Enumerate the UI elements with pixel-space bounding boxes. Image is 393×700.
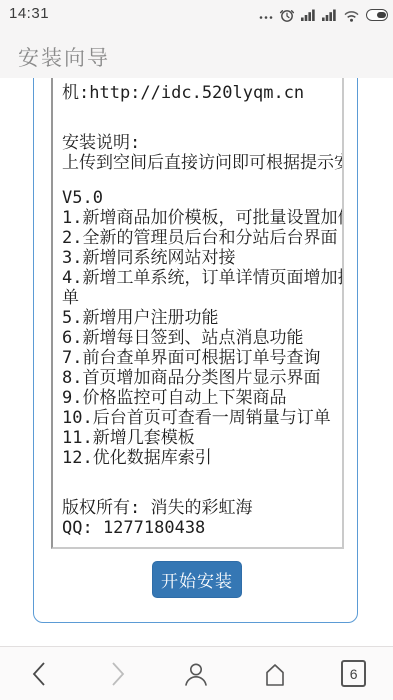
readme-line: V5.0	[62, 188, 342, 208]
readme-line: 上传到空间后直接访问即可根据提示安装。	[62, 153, 342, 173]
readme-line: 4.新增工单系统，订单详情页面增加投诉订	[62, 268, 342, 288]
readme-line: 8.首页增加商品分类图片显示界面	[62, 368, 342, 388]
readme-line: 版权所有: 消失的彩虹海	[62, 498, 342, 518]
phone-screen: 14:31	[0, 0, 393, 700]
readme-line: 6.新增每日签到、站点消息功能	[62, 328, 342, 348]
browser-toolbar: 6	[0, 646, 393, 700]
readme-line	[62, 118, 342, 133]
start-install-button[interactable]: 开始安装	[152, 561, 242, 598]
readme-line: 安装说明:	[62, 133, 342, 153]
chevron-right-icon	[109, 661, 127, 687]
status-bar: 14:31	[0, 0, 393, 30]
readme-textarea[interactable]: 机:http://idc.520lyqm.cn安装说明:上传到空间后直接访问即可…	[51, 78, 344, 549]
page-header: 安装向导	[0, 30, 393, 78]
readme-line: 12.优化数据库索引	[62, 448, 342, 468]
readme-line	[62, 103, 342, 118]
person-icon	[182, 660, 210, 688]
more-dots-icon	[259, 8, 273, 22]
status-icons	[259, 0, 388, 30]
tabs-button[interactable]: 6	[314, 647, 393, 700]
readme-line	[62, 468, 342, 483]
alarm-clock-icon	[279, 7, 295, 23]
home-icon	[261, 660, 289, 688]
readme-line: 机:http://idc.520lyqm.cn	[62, 83, 342, 103]
readme-line	[62, 173, 342, 188]
page-content: 机:http://idc.520lyqm.cn安装说明:上传到空间后直接访问即可…	[0, 78, 393, 646]
readme-line: 10.后台首页可查看一周销量与订单	[62, 408, 342, 428]
readme-line: 7.前台查单界面可根据订单号查询	[62, 348, 342, 368]
wifi-icon	[343, 9, 360, 22]
back-button[interactable]	[0, 647, 79, 700]
battery-level	[377, 12, 386, 18]
chevron-left-icon	[30, 661, 48, 687]
tab-count-badge: 6	[341, 660, 366, 687]
readme-line: 9.价格监控可自动上下架商品	[62, 388, 342, 408]
cell-signal-icon-sim2	[322, 9, 337, 21]
battery-icon	[366, 9, 388, 21]
readme-line: 5.新增用户注册功能	[62, 308, 342, 328]
page-title: 安装向导	[18, 42, 110, 72]
forward-button[interactable]	[79, 647, 158, 700]
readme-line	[62, 483, 342, 498]
home-button[interactable]	[236, 647, 315, 700]
clock-text: 14:31	[9, 5, 49, 22]
profile-button[interactable]	[157, 647, 236, 700]
readme-line: 2.全新的管理员后台和分站后台界面	[62, 228, 342, 248]
readme-line: 11.新增几套模板	[62, 428, 342, 448]
readme-line: 单	[62, 288, 342, 308]
readme-line: QQ: 1277180438	[62, 518, 342, 538]
readme-line: 1.新增商品加价模板，可批量设置加价	[62, 208, 342, 228]
cell-signal-icon-sim1	[301, 9, 316, 21]
readme-line: 3.新增同系统网站对接	[62, 248, 342, 268]
